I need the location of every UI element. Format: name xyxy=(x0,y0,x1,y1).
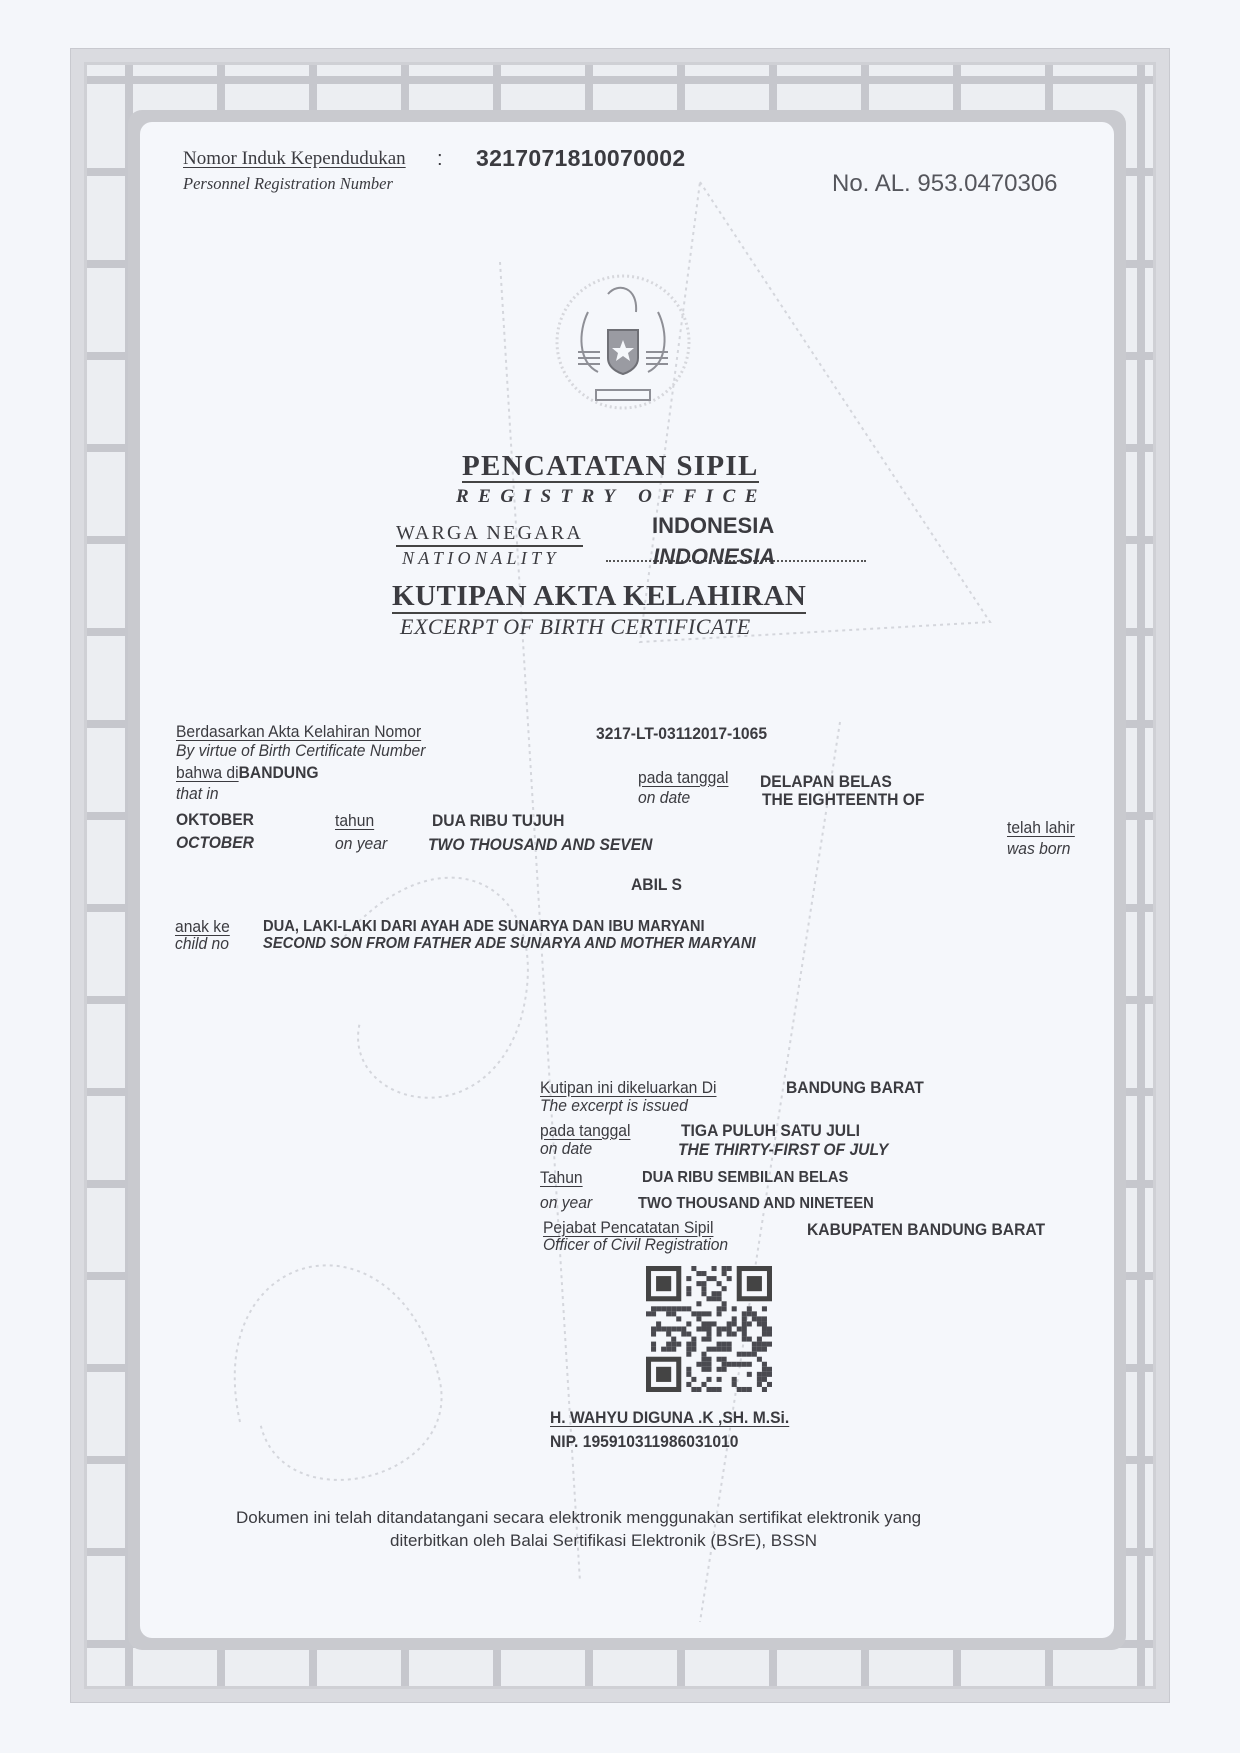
child-order-label-en: child no xyxy=(175,934,229,954)
issued-date-value: TIGA PULUH SATU JULI xyxy=(681,1121,860,1141)
birth-year-value: DUA RIBU TUJUH xyxy=(432,811,564,831)
born-label: telah lahir xyxy=(1007,818,1075,838)
cert-number-label: Berdasarkan Akta Kelahiran Nomor xyxy=(176,722,421,742)
birth-place-value: BANDUNG xyxy=(239,763,319,782)
registry-office-title-en: REGISTRY OFFICE xyxy=(456,486,767,508)
footer-note-line1: Dokumen ini telah ditandatangani secara … xyxy=(236,1508,921,1528)
birth-year-value-en: TWO THOUSAND AND SEVEN xyxy=(428,835,652,855)
child-name: ABIL S xyxy=(631,875,682,895)
footer-note-line2: diterbitkan oleh Balai Sertifikasi Elekt… xyxy=(390,1531,817,1551)
issued-date-value-en: THE THIRTY-FIRST OF JULY xyxy=(678,1140,888,1160)
birth-month-en: OCTOBER xyxy=(176,833,254,853)
nik-label-en: Personnel Registration Number xyxy=(183,174,393,194)
issued-year-label: Tahun xyxy=(540,1168,583,1188)
child-order-value-en: SECOND SON FROM FATHER ADE SUNARYA AND M… xyxy=(263,935,756,953)
nik-colon: : xyxy=(437,148,443,171)
official-nip: NIP. 195910311986031010 xyxy=(550,1432,738,1452)
birth-place-label-en: that in xyxy=(176,784,219,804)
nationality-value-en: INDONESIA xyxy=(653,544,775,570)
birth-date-value-en: THE EIGHTEENTH OF xyxy=(762,790,924,810)
birth-year-label-en: on year xyxy=(335,834,387,854)
nationality-value: INDONESIA xyxy=(652,513,774,539)
issued-place-label: Kutipan ini dikeluarkan Di xyxy=(540,1078,716,1098)
qr-code-icon xyxy=(646,1266,772,1392)
registry-office-title: PENCATATAN SIPIL xyxy=(462,451,759,483)
issued-date-label-en: on date xyxy=(540,1139,592,1159)
garuda-emblem-icon xyxy=(548,272,698,412)
issued-year-value: DUA RIBU SEMBILAN BELAS xyxy=(642,1169,848,1187)
issued-year-value-en: TWO THOUSAND AND NINETEEN xyxy=(638,1195,874,1213)
cert-number-label-en: By virtue of Birth Certificate Number xyxy=(176,741,425,761)
issued-place-label-en: The excerpt is issued xyxy=(540,1096,688,1116)
document-number: No. AL. 953.0470306 xyxy=(832,170,1058,198)
nik-value: 3217071810070002 xyxy=(476,145,685,172)
document-title-en: EXCERPT OF BIRTH CERTIFICATE xyxy=(400,614,751,640)
issued-date-label: pada tanggal xyxy=(540,1121,630,1141)
birth-month: OKTOBER xyxy=(176,810,254,830)
cert-number-value: 3217-LT-03112017-1065 xyxy=(596,724,767,744)
birth-date-value: DELAPAN BELAS xyxy=(760,772,892,792)
nationality-label: WARGA NEGARA xyxy=(396,521,583,547)
birth-date-label: pada tanggal xyxy=(638,768,728,788)
issued-place-value: BANDUNG BARAT xyxy=(786,1078,924,1098)
birth-place-label: bahwa di xyxy=(176,763,239,782)
nik-label: Nomor Induk Kependudukan xyxy=(183,148,406,170)
born-label-en: was born xyxy=(1007,839,1070,859)
document-title: KUTIPAN AKTA KELAHIRAN xyxy=(392,580,806,614)
official-name: H. WAHYU DIGUNA .K ,SH. M.Si. xyxy=(550,1408,789,1428)
nationality-label-en: NATIONALITY xyxy=(402,548,560,569)
birth-year-label: tahun xyxy=(335,811,374,831)
child-order-value: DUA, LAKI-LAKI DARI AYAH ADE SUNARYA DAN… xyxy=(263,918,705,936)
officer-value: KABUPATEN BANDUNG BARAT xyxy=(807,1220,1045,1240)
issued-year-label-en: on year xyxy=(540,1193,592,1213)
officer-label-en: Officer of Civil Registration xyxy=(543,1235,728,1255)
birth-date-label-en: on date xyxy=(638,788,690,808)
